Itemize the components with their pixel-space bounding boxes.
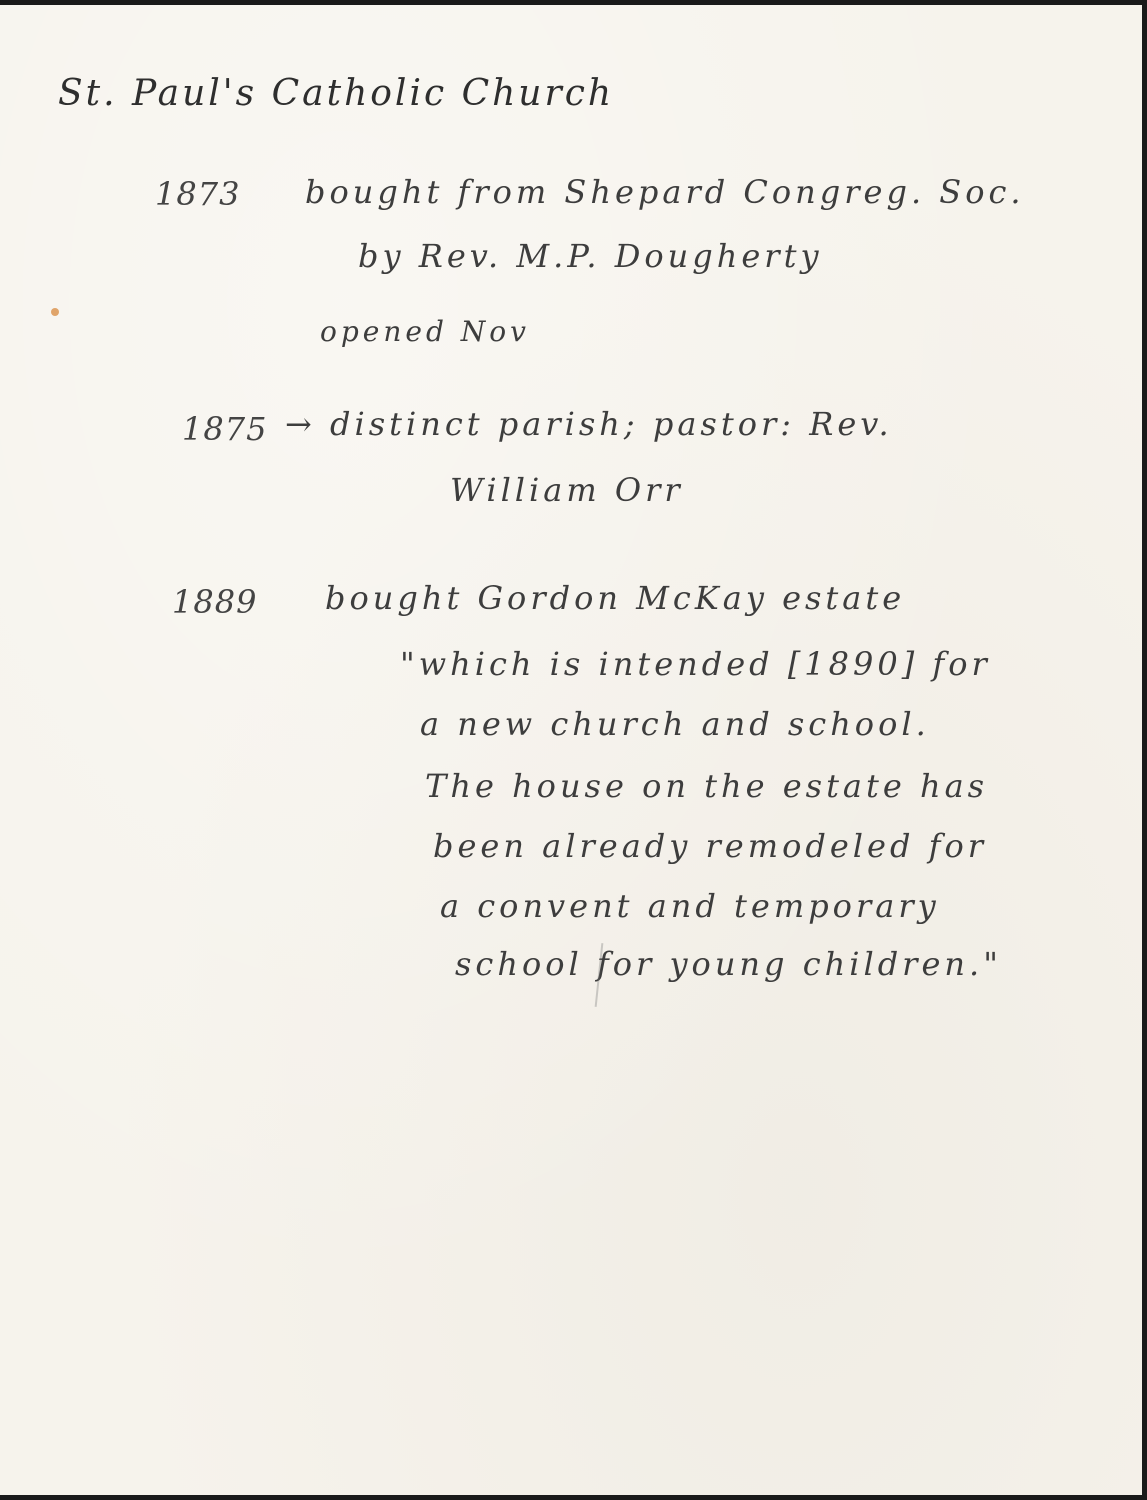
entry-1889-line-3: a new church and school. — [420, 705, 930, 743]
entry-year-1889: 1889 — [172, 583, 257, 621]
entry-year-1873: 1873 — [155, 175, 240, 213]
entry-1873-line-2: by Rev. M.P. Dougherty — [358, 237, 823, 275]
stain-mark — [51, 308, 59, 316]
entry-1873-line-1: bought from Shepard Congreg. Soc. — [305, 173, 1025, 211]
entry-1875-line-1: → distinct parish; pastor: Rev. — [285, 405, 893, 443]
entry-1889-line-1: bought Gordon McKay estate — [325, 579, 905, 617]
entry-year-1875: 1875 — [182, 410, 267, 448]
entry-1875-line-2: William Orr — [450, 471, 684, 509]
entry-1889-line-7: school for young children." — [455, 945, 1002, 983]
entry-1873-line-3: opened Nov — [320, 315, 530, 348]
entry-1889-line-2: "which is intended [1890] for — [400, 645, 991, 683]
handwritten-page: St. Paul's Catholic Church 1873 bought f… — [0, 5, 1142, 1495]
entry-1889-line-4: The house on the estate has — [425, 767, 988, 805]
entry-1889-line-5: been already remodeled for — [433, 827, 987, 865]
entry-1889-line-6: a convent and temporary — [440, 887, 940, 925]
document-title: St. Paul's Catholic Church — [58, 73, 614, 114]
